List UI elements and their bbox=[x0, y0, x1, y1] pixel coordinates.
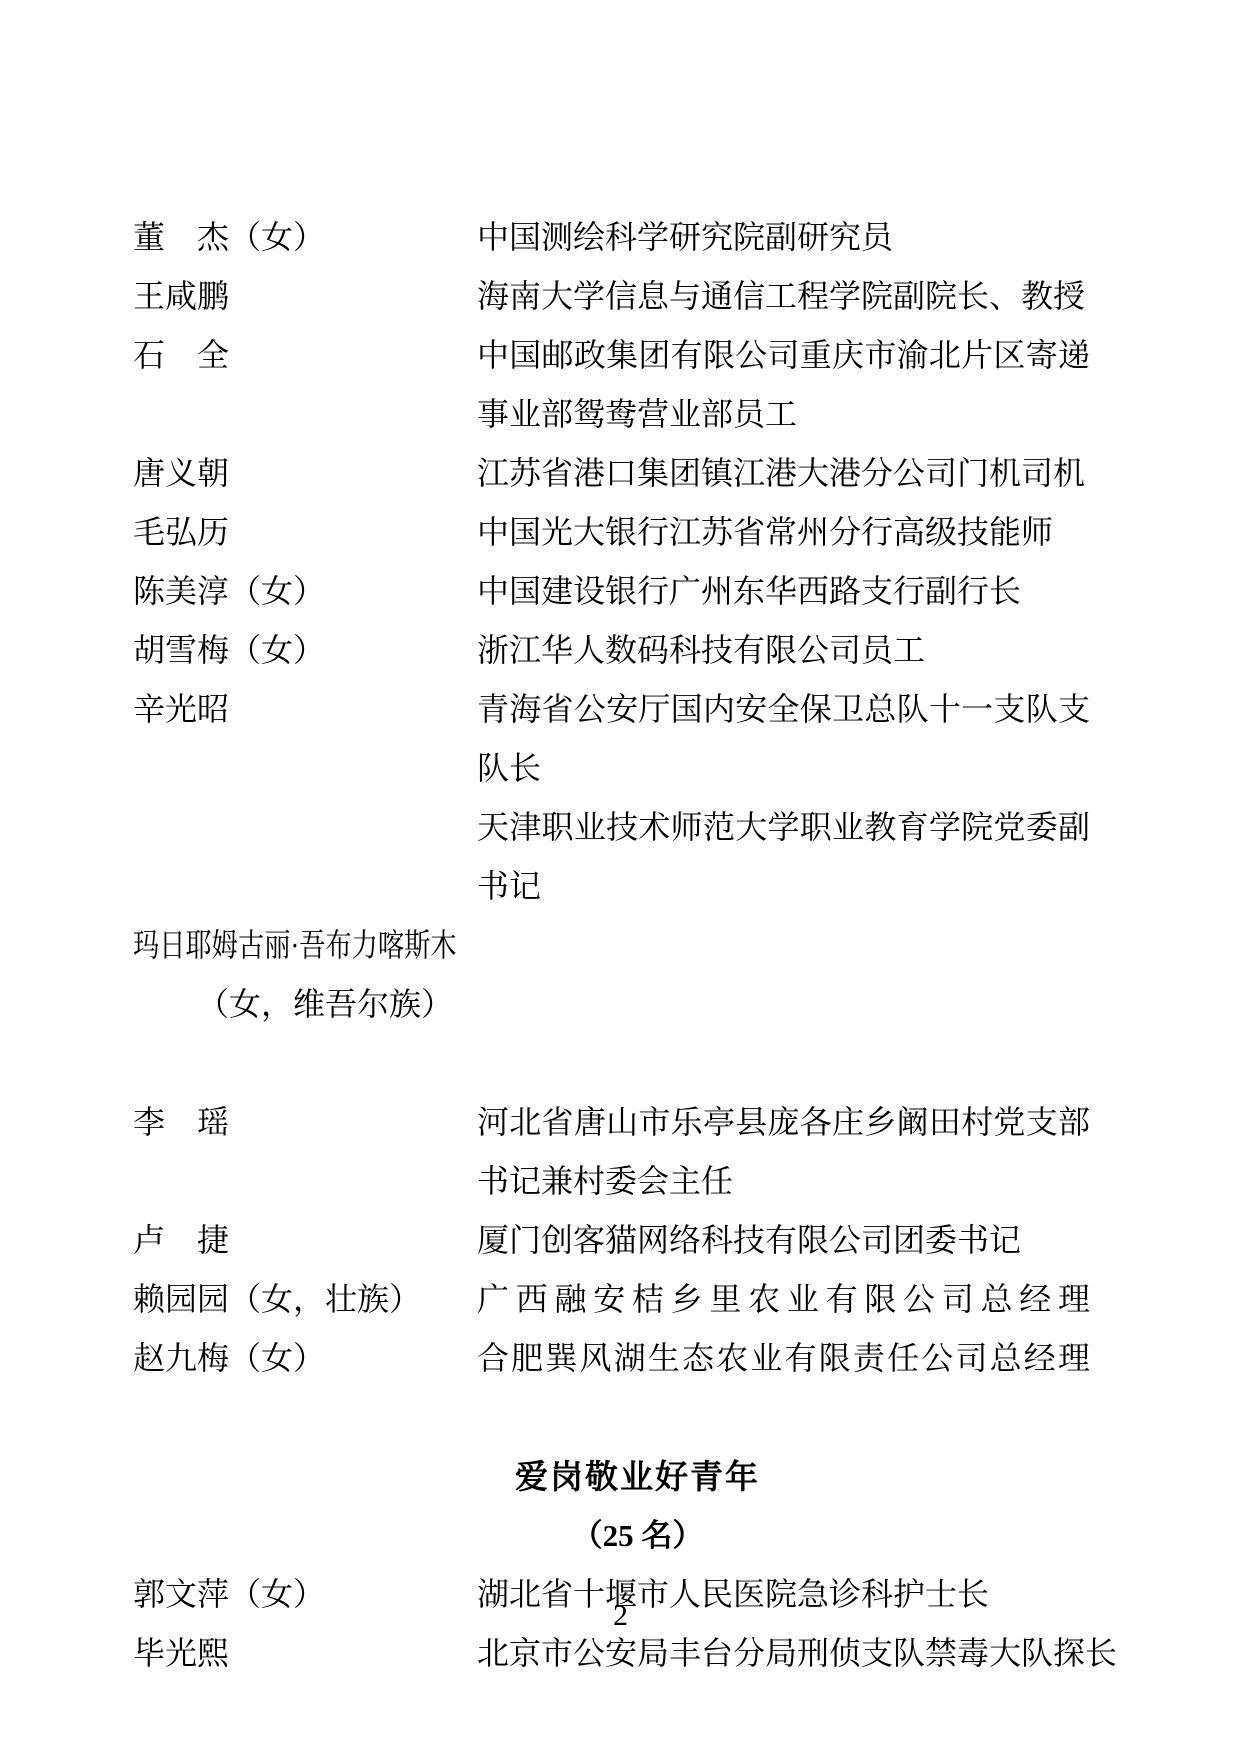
name-list: 董 杰（女） 中国测绘科学研究院副研究员 王咸鹏 海南大学信息与通信工程学院副院… bbox=[133, 208, 1090, 1683]
entry-name: 李 瑶 bbox=[133, 1093, 477, 1152]
entry-name-condensed: 玛日耶姆古丽·吾布力喀斯木 bbox=[133, 916, 457, 975]
page-number: 2 bbox=[0, 1596, 1241, 1636]
list-entry: 玛日耶姆古丽·吾布力喀斯木 （女，维吾尔族） 天津职业技术师范大学职业教育学院党… bbox=[133, 798, 1090, 1093]
list-entry: 毛弘历 中国光大银行江苏省常州分行高级技能师 bbox=[133, 503, 1090, 562]
entry-name-line2: （女，维吾尔族） bbox=[197, 986, 453, 1022]
list-entry: 胡雪梅（女） 浙江华人数码科技有限公司员工 bbox=[133, 621, 1090, 680]
section-header: 爱岗敬业好青年 （25 名） bbox=[159, 1447, 1116, 1565]
entry-description: 中国邮政集团有限公司重庆市渝北片区寄递事业部鸳鸯营业部员工 bbox=[477, 326, 1090, 444]
entry-name: 毛弘历 bbox=[133, 503, 477, 562]
list-entry: 唐义朝 江苏省港口集团镇江港大港分公司门机司机 bbox=[133, 444, 1090, 503]
entry-name: 赖园园（女，壮族） bbox=[133, 1270, 477, 1329]
list-entry: 王咸鹏 海南大学信息与通信工程学院副院长、教授 bbox=[133, 267, 1090, 326]
entry-name: 王咸鹏 bbox=[133, 267, 477, 326]
list-entry: 赖园园（女，壮族） 广西融安桔乡里农业有限公司总经理 bbox=[133, 1270, 1090, 1329]
list-entry: 陈美淳（女） 中国建设银行广州东华西路支行副行长 bbox=[133, 562, 1090, 621]
entry-name: 卢 捷 bbox=[133, 1211, 477, 1270]
section-count: （25 名） bbox=[159, 1506, 1116, 1565]
entry-description: 天津职业技术师范大学职业教育学院党委副书记 bbox=[477, 798, 1090, 916]
entry-name: 陈美淳（女） bbox=[133, 562, 477, 621]
list-entry: 李 瑶 河北省唐山市乐亭县庞各庄乡阚田村党支部书记兼村委会主任 bbox=[133, 1093, 1090, 1211]
entry-description: 江苏省港口集团镇江港大港分公司门机司机 bbox=[477, 444, 1090, 503]
entry-description: 合肥巽风湖生态农业有限责任公司总经理 bbox=[477, 1329, 1090, 1388]
entry-description: 中国测绘科学研究院副研究员 bbox=[477, 208, 1090, 267]
list-entry: 赵九梅（女） 合肥巽风湖生态农业有限责任公司总经理 bbox=[133, 1329, 1090, 1388]
entry-description: 厦门创客猫网络科技有限公司团委书记 bbox=[477, 1211, 1090, 1270]
entry-name: 辛光昭 bbox=[133, 680, 477, 739]
list-entry: 辛光昭 青海省公安厅国内安全保卫总队十一支队支队长 bbox=[133, 680, 1090, 798]
entry-name: 胡雪梅（女） bbox=[133, 621, 477, 680]
entry-name: 赵九梅（女） bbox=[133, 1329, 477, 1388]
entry-description: 中国建设银行广州东华西路支行副行长 bbox=[477, 562, 1090, 621]
entry-description: 中国光大银行江苏省常州分行高级技能师 bbox=[477, 503, 1090, 562]
entry-description: 海南大学信息与通信工程学院副院长、教授 bbox=[477, 267, 1090, 326]
list-entry: 卢 捷 厦门创客猫网络科技有限公司团委书记 bbox=[133, 1211, 1090, 1270]
spacer-row bbox=[133, 1388, 1090, 1447]
entry-description: 河北省唐山市乐亭县庞各庄乡阚田村党支部书记兼村委会主任 bbox=[477, 1093, 1090, 1211]
entry-description: 浙江华人数码科技有限公司员工 bbox=[477, 621, 1090, 680]
list-entry: 董 杰（女） 中国测绘科学研究院副研究员 bbox=[133, 208, 1090, 267]
entry-description: 青海省公安厅国内安全保卫总队十一支队支队长 bbox=[477, 680, 1090, 798]
document-page: 董 杰（女） 中国测绘科学研究院副研究员 王咸鹏 海南大学信息与通信工程学院副院… bbox=[0, 0, 1241, 1753]
list-entry: 石 全 中国邮政集团有限公司重庆市渝北片区寄递事业部鸳鸯营业部员工 bbox=[133, 326, 1090, 444]
entry-name: 石 全 bbox=[133, 326, 477, 385]
entry-name: 唐义朝 bbox=[133, 444, 477, 503]
entry-description: 广西融安桔乡里农业有限公司总经理 bbox=[477, 1270, 1090, 1329]
entry-name: 玛日耶姆古丽·吾布力喀斯木 （女，维吾尔族） bbox=[133, 798, 477, 1093]
section-title: 爱岗敬业好青年 bbox=[159, 1447, 1116, 1506]
entry-name: 董 杰（女） bbox=[133, 208, 477, 267]
